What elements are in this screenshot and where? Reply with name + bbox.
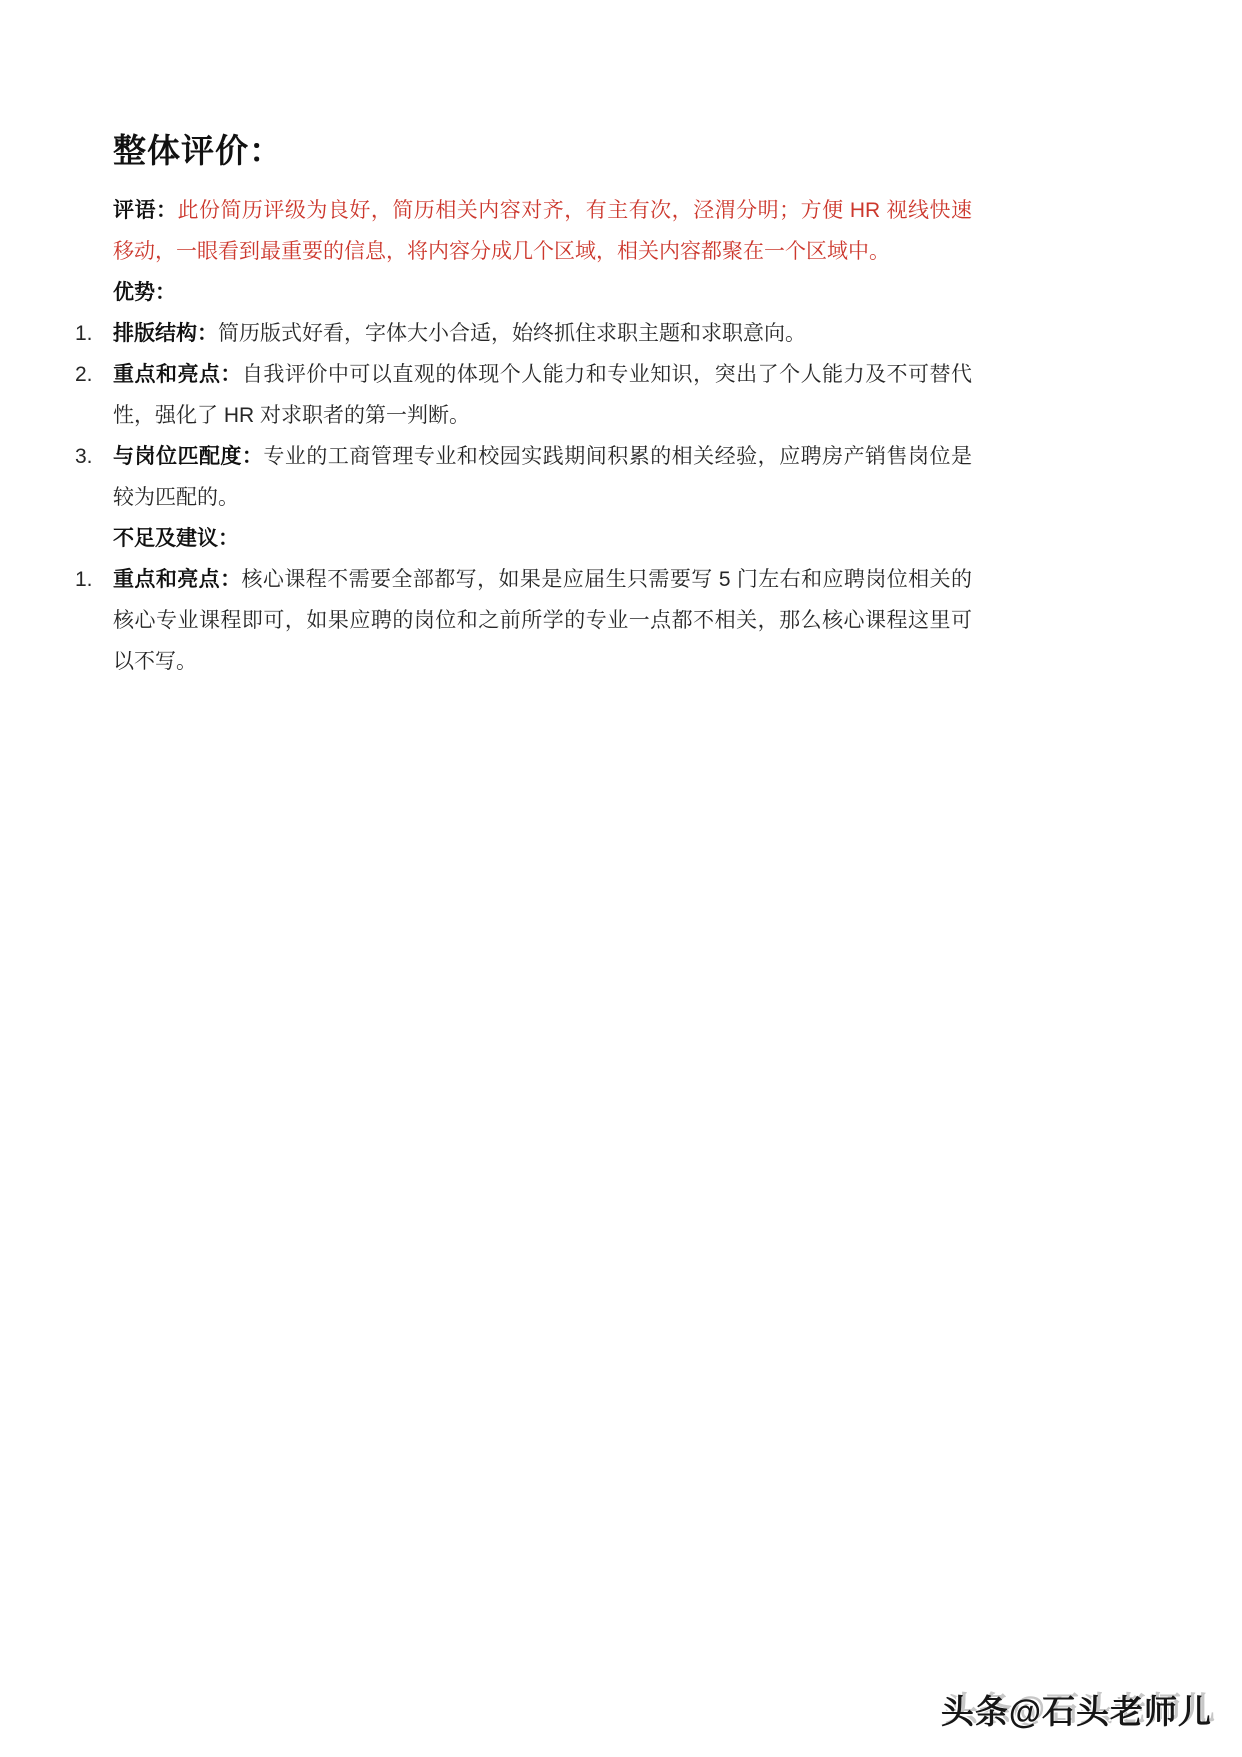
strength-item-2: 2. 重点和亮点：自我评价中可以直观的体现个人能力和专业知识，突出了个人能力及不… [75,354,972,436]
list-number: 3. [75,436,113,518]
weakness-item-1-body: 核心课程不需要全部都写，如果是应届生只需要写 5 门左右和应聘岗位相关的核心专业… [113,568,972,673]
strength-item-3-term: 与岗位匹配度： [113,445,263,468]
strength-item-1-text: 排版结构：简历版式好看，字体大小合适，始终抓住求职主题和求职意向。 [113,313,972,354]
weakness-item-1-text: 重点和亮点：核心课程不需要全部都写，如果是应届生只需要写 5 门左右和应聘岗位相… [113,559,972,682]
weakness-item-1-term: 重点和亮点： [113,568,242,591]
weaknesses-heading: 不足及建议： [113,518,972,559]
weakness-item-1: 1. 重点和亮点：核心课程不需要全部都写，如果是应届生只需要写 5 门左右和应聘… [75,559,972,682]
document-page: 整体评价： 评语：此份简历评级为良好，简历相关内容对齐，有主有次，泾渭分明；方便… [0,0,1242,1757]
strength-item-3: 3. 与岗位匹配度：专业的工商管理专业和校园实践期间积累的相关经验，应聘房产销售… [75,436,972,518]
document-content: 整体评价： 评语：此份简历评级为良好，简历相关内容对齐，有主有次，泾渭分明；方便… [75,128,972,682]
page-title: 整体评价： [113,128,972,174]
strength-item-2-body: 自我评价中可以直观的体现个人能力和专业知识，突出了个人能力及不可替代性，强化了 … [113,363,972,427]
strength-item-2-text: 重点和亮点：自我评价中可以直观的体现个人能力和专业知识，突出了个人能力及不可替代… [113,354,972,436]
list-number: 1. [75,313,113,354]
list-number: 2. [75,354,113,436]
strength-item-1-body: 简历版式好看，字体大小合适，始终抓住求职主题和求职意向。 [218,322,806,345]
strengths-heading: 优势： [113,272,972,313]
strength-item-1: 1. 排版结构：简历版式好看，字体大小合适，始终抓住求职主题和求职意向。 [75,313,972,354]
strength-item-1-term: 排版结构： [113,322,218,345]
list-number: 1. [75,559,113,682]
comment-text: 此份简历评级为良好，简历相关内容对齐，有主有次，泾渭分明；方便 HR 视线快速移… [113,199,972,263]
watermark: 头条@石头老师儿 [941,1686,1212,1733]
strength-item-3-text: 与岗位匹配度：专业的工商管理专业和校园实践期间积累的相关经验，应聘房产销售岗位是… [113,436,972,518]
comment-label: 评语： [113,199,177,222]
comment-paragraph: 评语：此份简历评级为良好，简历相关内容对齐，有主有次，泾渭分明；方便 HR 视线… [113,190,972,272]
strength-item-2-term: 重点和亮点： [113,363,242,386]
